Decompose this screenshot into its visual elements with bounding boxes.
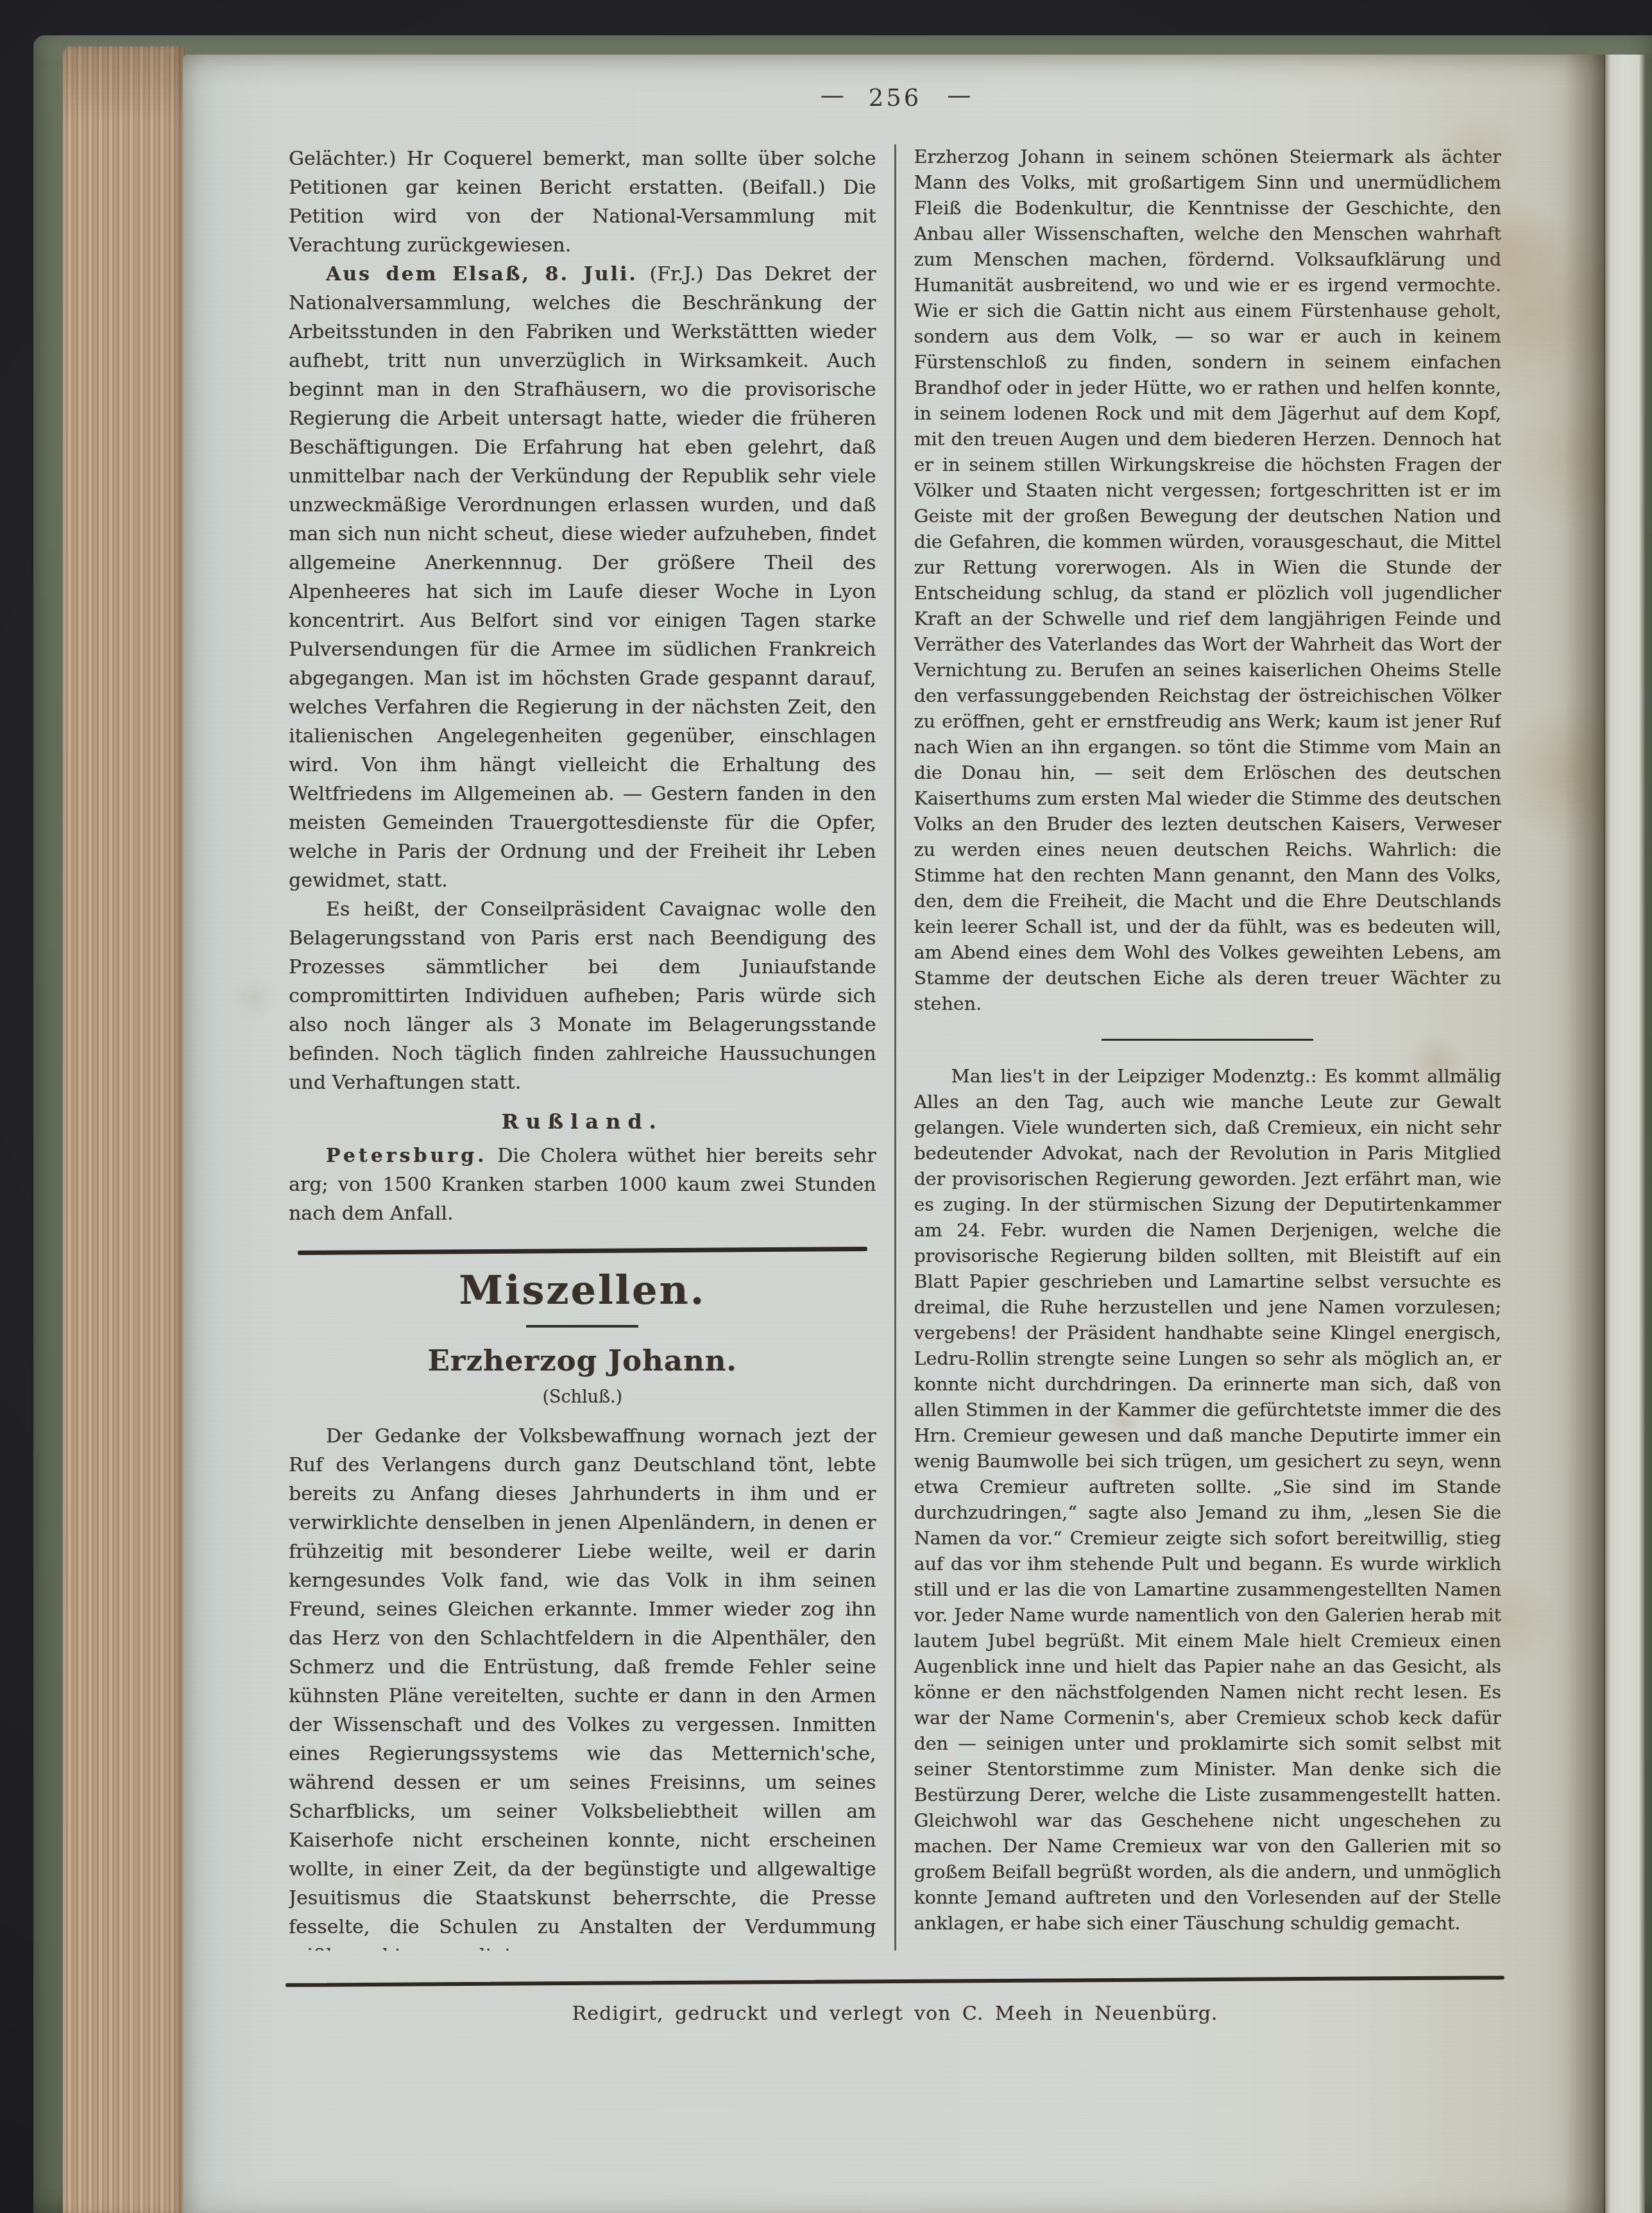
adjacent-page-edge bbox=[1605, 55, 1645, 2213]
paragraph-gedanke: Der Gedanke der Volksbewaffnung wornach … bbox=[289, 1422, 876, 1951]
page-edge-stack bbox=[63, 46, 185, 2213]
footer-rule bbox=[285, 1976, 1504, 1987]
paragraph-petersburg-lead: Petersburg. bbox=[326, 1145, 488, 1167]
page-number-value: 256 bbox=[869, 84, 922, 112]
paragraph-elsass: Aus dem Elsaß, 8. Juli. (Fr.J.) Das Dekr… bbox=[289, 260, 876, 895]
right-column: Erzherzog Johann in seinem schönen Steie… bbox=[914, 144, 1502, 1951]
paragraph-modenzeitung: Man lies't in der Leipziger Modenztg.: E… bbox=[914, 1064, 1502, 1936]
paragraph-elsass-lead: Aus dem Elsaß, 8. Juli. bbox=[326, 263, 638, 286]
paragraph-petersburg: Petersburg. Die Cholera wüthet hier bere… bbox=[289, 1141, 876, 1228]
page-number-dash-left: — bbox=[821, 81, 843, 109]
footer-imprint: Redigirt, gedruckt und verlegt von C. Me… bbox=[289, 2003, 1501, 2025]
gutter-shadow bbox=[1564, 55, 1605, 2213]
miszellen-underline-rule bbox=[526, 1325, 638, 1328]
paragraph-modenzeitung-lead: Man lies't in der Leipziger Modenztg.: bbox=[951, 1066, 1317, 1087]
article-end-rule bbox=[1102, 1039, 1313, 1041]
paragraph-modenzeitung-text: Es kommt allmälig Alles an den Tag, auch… bbox=[914, 1066, 1502, 1934]
paragraph-cavaignac: Es heißt, der Conseilpräsident Cavaignac… bbox=[289, 895, 876, 1097]
page-number-dash-right: — bbox=[947, 81, 969, 109]
text-columns: Gelächter.) Hr Coquerel bemerkt, man sol… bbox=[289, 144, 1501, 1951]
left-column: Gelächter.) Hr Coquerel bemerkt, man sol… bbox=[289, 144, 876, 1951]
miszellen-heading: Miszellen. bbox=[289, 1267, 876, 1313]
page-number: —256— bbox=[289, 84, 1501, 112]
newspaper-page: —256— Gelächter.) Hr Coquerel bemerkt, m… bbox=[183, 55, 1604, 2213]
scan-background: —256— Gelächter.) Hr Coquerel bemerkt, m… bbox=[0, 0, 1652, 2213]
column-divider-rule bbox=[894, 144, 896, 1951]
paragraph-coquerel: Gelächter.) Hr Coquerel bemerkt, man sol… bbox=[289, 144, 876, 260]
article-heading: Erzherzog Johann. bbox=[289, 1343, 876, 1379]
paragraph-erzherzog-continuation: Erzherzog Johann in seinem schönen Steie… bbox=[914, 144, 1502, 1017]
article-subheading: (Schluß.) bbox=[289, 1383, 876, 1412]
section-divider-rule bbox=[298, 1247, 867, 1255]
paragraph-elsass-text: (Fr.J.) Das Dekret der Nationalversammlu… bbox=[289, 263, 876, 892]
section-heading-russland: Rußland. bbox=[289, 1107, 876, 1136]
